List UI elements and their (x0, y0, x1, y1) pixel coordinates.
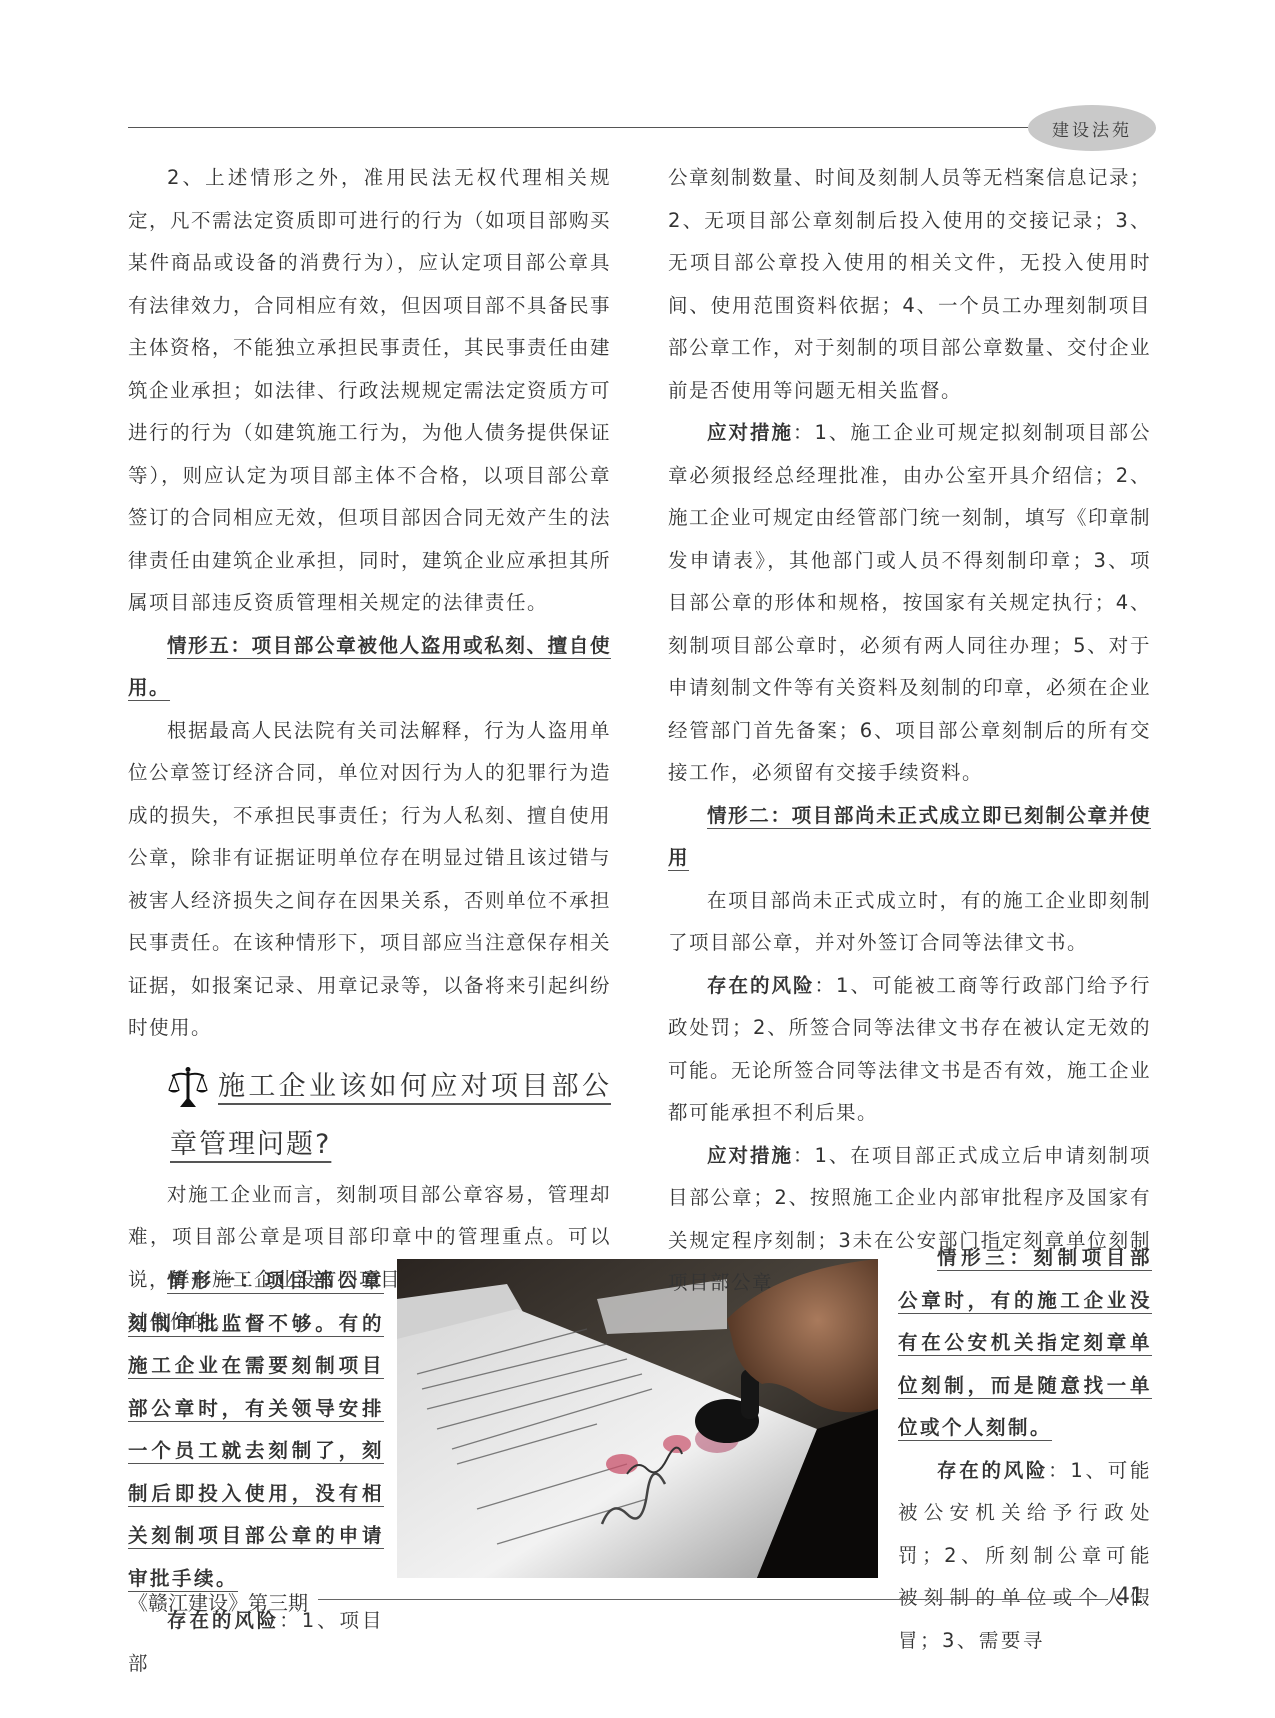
case-five-heading: 情形五：项目部公章被他人盗用或私刻、擅自使用。 (128, 625, 611, 710)
left-column: 2、上述情形之外，准用民法无权代理相关规定，凡不需法定资质即可进行的行为（如项目… (128, 157, 611, 1344)
section-badge-label: 建设法苑 (1052, 116, 1132, 141)
header-rule (128, 127, 1028, 128)
photo-illustration (397, 1259, 878, 1578)
risk-three-label: 存在的风险 (937, 1459, 1048, 1482)
measures-two-label: 应对措施 (707, 1144, 793, 1167)
publication-title: 《赣江建设》第三期 (128, 1587, 308, 1616)
paragraph-no-authority: 2、上述情形之外，准用民法无权代理相关规定，凡不需法定资质即可进行的行为（如项目… (128, 157, 611, 625)
measures-one-text: ：1、施工企业可规定拟刻制项目部公章必须报经总经理批准，由办公室开具介绍信；2、… (668, 421, 1151, 784)
section-title: 施工企业该如何应对项目部公章管理问题? (128, 1058, 611, 1174)
section-badge: 建设法苑 (1028, 105, 1156, 151)
paragraph-risk-continued: 公章刻制数量、时间及刻制人员等无档案信息记录；2、无项目部公章刻制后投入使用的交… (668, 157, 1151, 412)
measures-one-paragraph: 应对措施：1、施工企业可规定拟刻制项目部公章必须报经总经理批准，由办公室开具介绍… (668, 412, 1151, 795)
left-float-text: 情形一：项目部公章刻制审批监督不够。有的施工企业在需要刻制项目部公章时，有关领导… (128, 1260, 384, 1685)
case-three-heading: 情形三：刻制项目部公章时，有的施工企业没有在公安机关指定刻章单位刻制，而是随意找… (898, 1237, 1152, 1450)
case-two-heading: 情形二：项目部尚未正式成立即已刻制公章并使用 (668, 795, 1151, 880)
right-column: 公章刻制数量、时间及刻制人员等无档案信息记录；2、无项目部公章刻制后投入使用的交… (668, 157, 1151, 1305)
footer-rule (318, 1599, 1108, 1600)
page-number: 41 (1116, 1584, 1144, 1609)
risk-two-label: 存在的风险 (707, 974, 815, 997)
risk-three-text: ：1、可能被公安机关给予行政处罚；2、所刻制公章可能被刻制的单位或个人假冒；3、… (898, 1459, 1152, 1652)
measures-one-label: 应对措施 (707, 421, 793, 444)
risk-two-paragraph: 存在的风险：1、可能被工商等行政部门给予行政处罚；2、所签合同等法律文书存在被认… (668, 965, 1151, 1135)
scales-of-justice-icon (166, 1066, 210, 1108)
risk-three-paragraph: 存在的风险：1、可能被公安机关给予行政处罚；2、所刻制公章可能被刻制的单位或个人… (898, 1450, 1152, 1663)
case-two-description: 在项目部尚未正式成立时，有的施工企业即刻制了项目部公章，并对外签订合同等法律文书… (668, 880, 1151, 965)
case-one-heading: 情形一：项目部公章刻制审批监督不够。有的施工企业在需要刻制项目部公章时，有关领导… (128, 1260, 384, 1600)
stamping-photo (397, 1259, 878, 1578)
section-title-text: 施工企业该如何应对项目部公章管理问题? (170, 1071, 611, 1160)
paragraph-judicial-interpretation: 根据最高人民法院有关司法解释，行为人盗用单位公章签订经济合同，单位对因行为人的犯… (128, 710, 611, 1050)
